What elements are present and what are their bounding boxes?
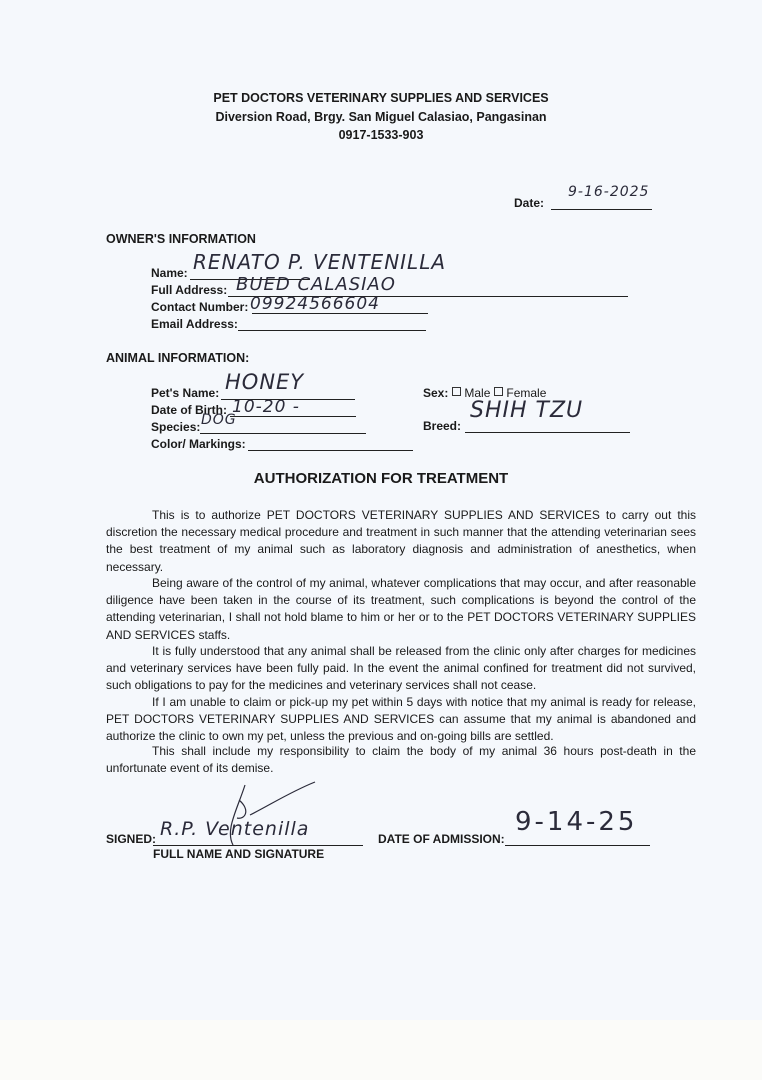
- scan-bottom-margin: [0, 1020, 762, 1080]
- owner-address-value[interactable]: BUED CALASIAO: [236, 274, 396, 295]
- male-checkbox[interactable]: [452, 387, 461, 396]
- breed-line: [465, 432, 630, 433]
- date-line: [551, 209, 652, 210]
- species-label: Species:: [151, 420, 200, 434]
- pet-name-label: Pet's Name:: [151, 386, 219, 400]
- date-value[interactable]: 9-16-2025: [568, 184, 649, 200]
- owner-email-label: Email Address:: [151, 317, 238, 331]
- color-markings-label: Color/ Markings:: [151, 437, 246, 451]
- dob-value[interactable]: 10-20 -: [232, 397, 300, 417]
- form-page: PET DOCTORS VETERINARY SUPPLIES AND SERV…: [0, 0, 762, 1020]
- admission-date-line: [505, 845, 650, 846]
- admission-date-label: DATE OF ADMISSION:: [378, 832, 505, 846]
- female-checkbox[interactable]: [494, 387, 503, 396]
- owner-name-label: Name:: [151, 266, 188, 280]
- breed-value[interactable]: SHIH TZU: [470, 398, 583, 423]
- owner-email-line: [238, 330, 426, 331]
- authorization-title: AUTHORIZATION FOR TREATMENT: [0, 470, 762, 487]
- color-markings-line: [248, 450, 413, 451]
- pet-name-value[interactable]: HONEY: [225, 370, 304, 394]
- species-value[interactable]: DOG: [201, 412, 237, 428]
- signed-label: SIGNED:: [106, 832, 156, 846]
- animal-section-title: ANIMAL INFORMATION:: [106, 351, 249, 365]
- owner-contact-label: Contact Number:: [151, 300, 248, 314]
- admission-date-value[interactable]: 9-14-25: [515, 807, 637, 837]
- authorization-paragraph-5: This shall include my responsibility to …: [106, 743, 696, 777]
- breed-label: Breed:: [423, 419, 461, 433]
- owner-contact-value[interactable]: 09924566604: [250, 294, 380, 314]
- sex-label: Sex:: [423, 386, 448, 400]
- authorization-paragraph-3: It is fully understood that any animal s…: [106, 643, 696, 695]
- authorization-paragraph-1: This is to authorize PET DOCTORS VETERIN…: [106, 507, 696, 576]
- business-name: PET DOCTORS VETERINARY SUPPLIES AND SERV…: [0, 91, 762, 105]
- owner-section-title: OWNER'S INFORMATION: [106, 232, 256, 246]
- signature-caption: FULL NAME AND SIGNATURE: [153, 847, 324, 861]
- authorization-paragraph-4: If I am unable to claim or pick-up my pe…: [106, 694, 696, 746]
- species-line: [200, 433, 366, 434]
- signature-flourish: [215, 780, 325, 850]
- owner-name-value[interactable]: RENATO P. VENTENILLA: [193, 250, 446, 274]
- date-label: Date:: [514, 196, 544, 210]
- owner-address-label: Full Address:: [151, 283, 227, 297]
- business-address: Diversion Road, Brgy. San Miguel Calasia…: [0, 110, 762, 124]
- business-phone: 0917-1533-903: [0, 128, 762, 142]
- authorization-paragraph-2: Being aware of the control of my animal,…: [106, 575, 696, 644]
